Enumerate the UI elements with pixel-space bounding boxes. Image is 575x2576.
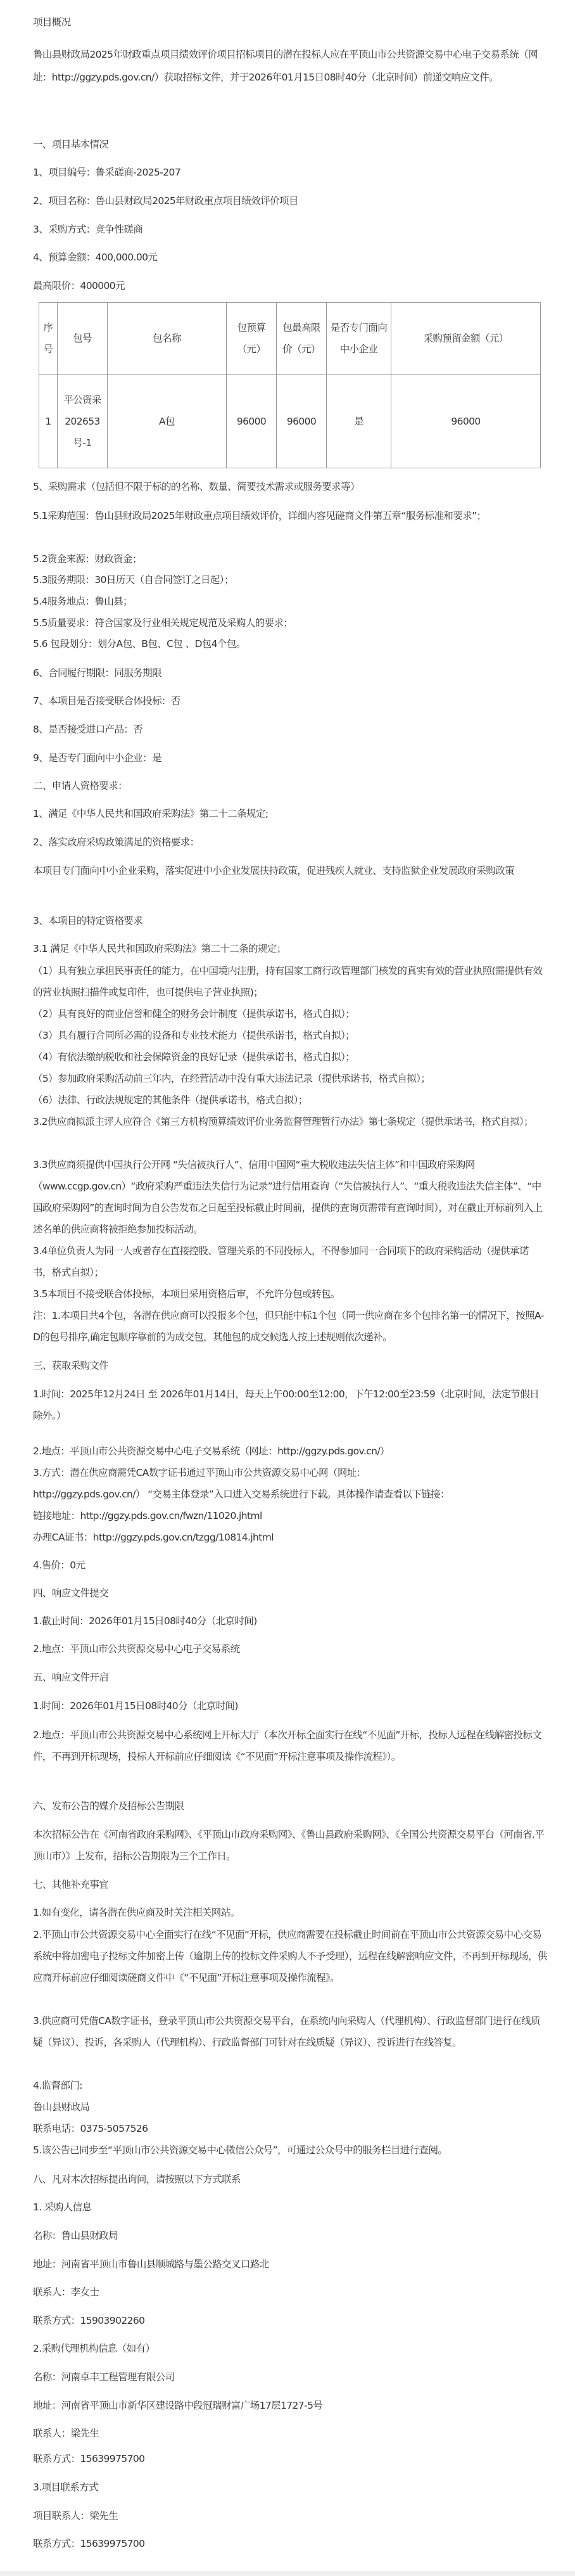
table-row: 1 平公资采202653号-1 A包 96000 96000 是 96000: [39, 375, 541, 468]
qualification-3-2: 3.2供应商拟派主评人应符合《第三方机构预算绩效评价业务监督管理暂行办法》第七条…: [33, 1111, 547, 1132]
intro-paragraph: 鲁山县财政局2025年财政重点项目绩效评价项目招标项目的潜在投标人应在平顶山市公…: [33, 43, 547, 89]
qualification-3-1-item: （4）有依法缴纳税收和社会保障资金的良好记录（提供承诺书，格式自拟）；: [33, 1046, 547, 1068]
agency-name: 名称：河南卓丰工程管理有限公司: [33, 2366, 547, 2388]
supervisory-dept-phone: 联系电话：0375-5057526: [33, 2118, 547, 2139]
budget-amount: 4、预算金额：400,000.00元: [33, 247, 547, 268]
section-title-other: 七、其他补充事宜: [33, 1874, 547, 1895]
package-division: 5.6 包段划分：划分A包、B包、C包 、D包4个包。: [33, 633, 547, 655]
col-header-package-max-price: 包最高限价（元）: [277, 303, 327, 375]
project-name: 2、项目名称：鲁山县财政局2025年财政重点项目绩效评价项目: [33, 190, 547, 212]
cell-package-no: 平公资采202653号-1: [58, 375, 108, 468]
col-header-package-name: 包名称: [108, 303, 227, 375]
other-item-3: 3.供应商可凭借CA数字证书，登录平顶山市公共资源交易平台，在系统内向采购人（代…: [33, 2010, 547, 2053]
consortium-accepted: 7、本项目是否接受联合体投标：否: [33, 690, 547, 712]
col-header-package-no: 包号: [58, 303, 108, 375]
col-header-index: 序号: [39, 303, 58, 375]
section-title-media: 六、发布公告的媒介及招标公告期限: [33, 1795, 547, 1817]
agency-contact: 联系人：梁先生: [33, 2423, 547, 2444]
section-title-qualifications: 二、申请人资格要求：: [33, 775, 547, 797]
cell-index: 1: [39, 375, 58, 468]
page-bottom-band: [0, 2571, 575, 2576]
obtain-method-cont: http://ggzy.pds.gov.cn/） “交易主体登录”入口进入交易系…: [33, 1483, 547, 1505]
qualification-2-text: 本项目专门面向中小企业采购，落实促进中小企业发展扶持政策，促进残疾人就业、支持监…: [33, 860, 547, 881]
section-title-basic-info: 一、项目基本情况: [33, 134, 547, 155]
qualification-3: 3、本项目的特定资格要求: [33, 910, 547, 932]
project-contact-phone: 联系方式：15639975700: [33, 2533, 547, 2554]
imports-accepted: 8、是否接受进口产品：否: [33, 719, 547, 740]
cell-package-name: A包: [108, 375, 227, 468]
qualification-2: 2、落实政府采购政策满足的资格要求：: [33, 831, 547, 853]
qualification-3-1-item: （3）具有履行合同所必需的设备和专业技术能力（提供承诺书，格式自拟）；: [33, 1025, 547, 1046]
submission-place: 2.地点：平顶山市公共资源交易中心电子交易系统: [33, 1638, 547, 1660]
project-contact-title: 3.项目联系方式: [33, 2477, 547, 2498]
package-table: 序号 包号 包名称 包预算（元） 包最高限价（元） 是否专门面向中小企业 采购预…: [39, 302, 541, 468]
agency-phone: 联系方式：15639975700: [33, 2448, 547, 2470]
opening-time: 1.时间：2026年01月15日08时40分（北京时间): [33, 1695, 547, 1717]
purchaser-name: 名称：鲁山县财政局: [33, 2225, 547, 2246]
qualification-3-5: 3.5本项目不接受联合体投标，本项目采用资格后审，不允许分包或转包。: [33, 1283, 547, 1305]
project-number: 1、项目编号：鲁采磋商-2025-207: [33, 162, 547, 183]
section-title-opening: 五、响应文件开启: [33, 1667, 547, 1688]
purchaser-address: 地址：河南省平顶山市鲁山县顺城路与墨公路交叉口路北: [33, 2253, 547, 2275]
service-period: 5.3服务期限：30日历天（自合同签订之日起）；: [33, 569, 547, 591]
funding-source: 5.2资金来源：财政资金；: [33, 548, 547, 570]
opening-place: 2.地点：平顶山市公共资源交易中心系统网上开标大厅（本次开标全面实行在线“不见面…: [33, 1724, 547, 1767]
ca-cert-link[interactable]: 办理CA证书：http://ggzy.pds.gov.cn/tzgg/10814…: [33, 1527, 547, 1548]
media-text: 本次招标公告在《河南省政府采购网》、《平顶山市政府采购网》、《鲁山县政府采购网》…: [33, 1824, 547, 1867]
col-header-reserved-amount: 采购预留金额（元）: [391, 303, 541, 375]
project-contact-person: 项目联系人：梁先生: [33, 2505, 547, 2527]
procurement-requirements: 5、采购需求（包括但不限于标的的名称、数量、简要技术需求或服务要求等）: [33, 476, 547, 497]
wechat-notice: 5.该公告已同步至“平顶山市公共资源交易中心微信公众号”，可通过公众号中的服务栏…: [33, 2139, 547, 2161]
cell-reserved-amount: 96000: [391, 375, 541, 468]
qualification-3-1-item: （6）法律、行政法规规定的其他条件（提供承诺书，格式自拟）；: [33, 1089, 547, 1111]
section-title-contact: 八、凡对本次招标提出询问，请按照以下方式联系: [33, 2169, 547, 2190]
procurement-method: 3、采购方式：竞争性磋商: [33, 219, 547, 240]
section-title-submission: 四、响应文件提交: [33, 1582, 547, 1604]
qualification-3-1-item: （1）具有独立承担民事责任的能力，在中国境内注册，持有国家工商行政管理部门核发的…: [33, 960, 547, 1003]
qualification-1: 1、满足《中华人民共和国政府采购法》第二十二条规定;: [33, 803, 547, 824]
other-item-1: 1.如有变化，请各潜在供应商及时关注相关网站。: [33, 1902, 547, 1923]
contract-period: 6、合同履行期限：同服务期限: [33, 662, 547, 684]
section-heading-overview: 项目概况: [33, 11, 547, 33]
qualification-3-4: 3.4单位负责人为同一人或者存在直接控股、管理关系的不同投标人，不得参加同一合同…: [33, 1240, 547, 1283]
qualification-3-1-item: （5）参加政府采购活动前三年内，在经营活动中没有重大违法记录（提供承诺书，格式自…: [33, 1068, 547, 1089]
purchaser-contact: 联系人：李女士: [33, 2281, 547, 2303]
supervisory-dept-label: 4.监督部门:: [33, 2075, 547, 2096]
cell-sme-only: 是: [327, 375, 391, 468]
qualification-3-1: 3.1 满足《中华人民共和国政府采购法》第二十二条的规定；: [33, 938, 547, 959]
col-header-package-budget: 包预算（元）: [227, 303, 277, 375]
other-item-2: 2.平顶山市公共资源交易中心全面实行在线“不见面”开标，供应商需要在投标截止时间…: [33, 1924, 547, 1989]
col-header-sme-only: 是否专门面向中小企业: [327, 303, 391, 375]
cell-package-budget: 96000: [227, 375, 277, 468]
agency-address: 地址：河南省平顶山市新华区建设路中段冠瑞财富广场17层1727-5号: [33, 2395, 547, 2416]
package-note: 注：1.本项目共4个包，各潜在供应商可以投报多个包，但只能中标1个包（同一供应商…: [33, 1305, 547, 1348]
service-location: 5.4服务地点：鲁山县；: [33, 591, 547, 612]
qualification-3-3: 3.3供应商须提供中国执行公开网 “失信被执行人”、信用中国网“重大税收违法失信…: [33, 1154, 547, 1240]
purchaser-phone: 联系方式：15903902260: [33, 2310, 547, 2331]
document-price: 4.售价：0元: [33, 1554, 547, 1576]
guide-link[interactable]: 链接地址：http://ggzy.pds.gov.cn/fwzn/11020.j…: [33, 1505, 547, 1527]
cell-package-max-price: 96000: [277, 375, 327, 468]
quality-requirement: 5.5质量要求：符合国家及行业相关规定规范及采购人的要求；: [33, 612, 547, 634]
package-table-header: 序号 包号 包名称 包预算（元） 包最高限价（元） 是否专门面向中小企业 采购预…: [39, 303, 541, 375]
submission-deadline: 1.截止时间：2026年01月15日08时40分（北京时间): [33, 1610, 547, 1632]
obtain-place: 2.地点：平顶山市公共资源交易中心电子交易系统（网址：http://ggzy.p…: [33, 1440, 547, 1462]
agency-info-title: 2.采购代理机构信息（如有）: [33, 2338, 547, 2359]
qualification-3-1-item: （2）具有良好的商业信誉和健全的财务会计制度（提供承诺书，格式自拟）；: [33, 1003, 547, 1025]
procurement-scope: 5.1采购范围：鲁山县财政局2025年财政重点项目绩效评价，详细内容见磋商文件第…: [33, 505, 547, 527]
supervisory-dept-name: 鲁山县财政局: [33, 2096, 547, 2118]
obtain-time: 1.时间：2025年12月24日 至 2026年01月14日，每天上午00:00…: [33, 1383, 547, 1426]
purchaser-info-title: 1. 采购人信息: [33, 2196, 547, 2218]
max-price: 最高限价：400000元: [33, 275, 547, 297]
obtain-method: 3.方式：潜在供应商需凭CA数字证书通过平顶山市公共资源交易中心网（网址：: [33, 1462, 547, 1483]
sme-only: 9、是否专门面向中小企业：是: [33, 747, 547, 769]
section-title-obtain-docs: 三、获取采购文件: [33, 1355, 547, 1376]
